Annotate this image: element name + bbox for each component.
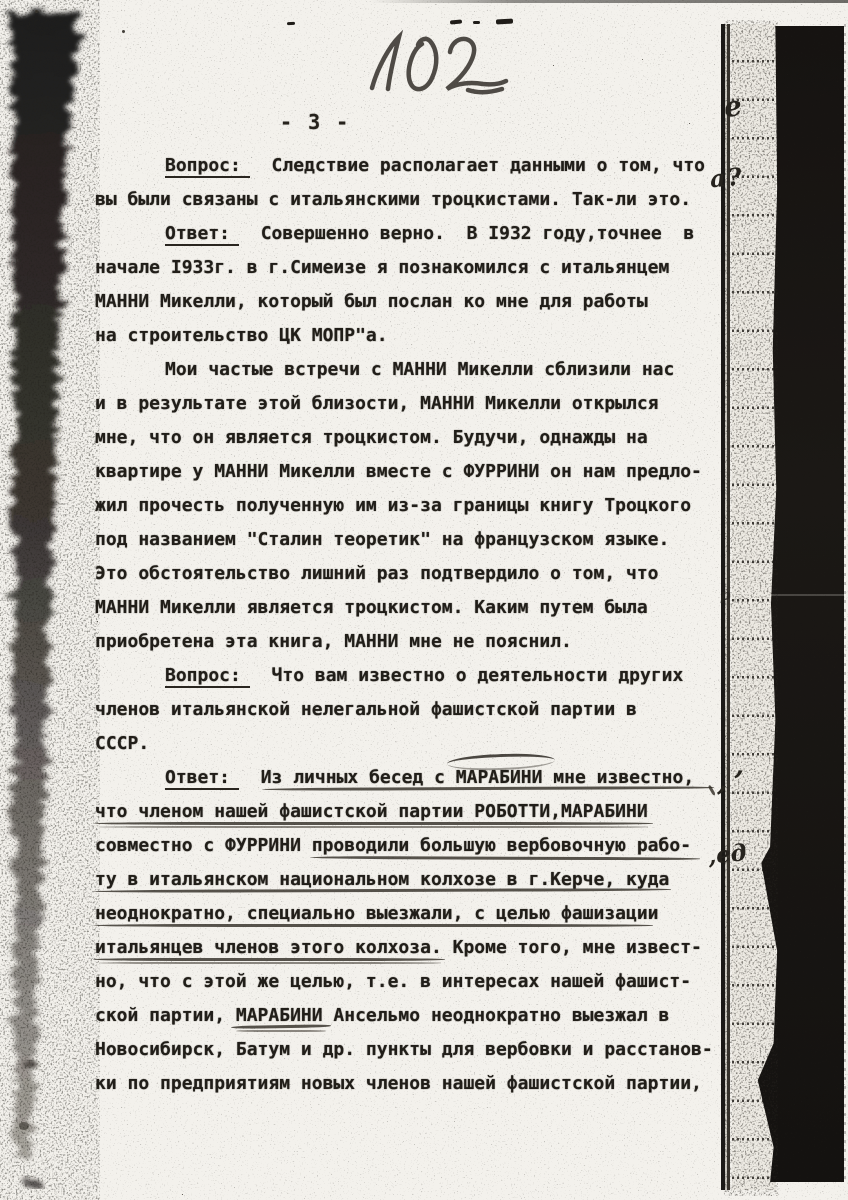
line-text: ту в итальянском национальном колхозе в … xyxy=(95,869,669,890)
pen-underline xyxy=(93,958,445,961)
line-text: итальянцев членов этого колхоза. Кроме т… xyxy=(95,937,702,958)
text-line: Вопрос: Следствие располагает данными о … xyxy=(95,149,740,183)
answer-label: Ответ: xyxy=(165,767,239,790)
pen-underline xyxy=(236,1030,326,1032)
line-text: совместно с ФУРРИНИ проводили большую ве… xyxy=(95,835,691,856)
margin-note: ,’ xyxy=(717,763,750,799)
line-text: что членом нашей фашистской партии РОБОТ… xyxy=(95,801,648,822)
question-label: Вопрос: xyxy=(165,155,250,178)
line-text: Совершенно верно. В I932 году,точнее в xyxy=(239,223,694,244)
pen-underline xyxy=(93,822,653,825)
line-text: Что вам известно о деятельности других xyxy=(250,665,683,686)
margin-note: а? xyxy=(709,162,745,194)
line-text: и в результате этой близости, МАННИ Мике… xyxy=(95,393,659,414)
pen-underline xyxy=(93,888,671,893)
text-line: квартире у МАННИ Микелли вместе с ФУРРИН… xyxy=(95,455,740,489)
text-line: что членом нашей фашистской партии РОБОТ… xyxy=(95,795,740,829)
text-line: итальянцев членов этого колхоза. Кроме т… xyxy=(95,931,740,965)
adjacent-page-ruled-edge xyxy=(732,24,776,1190)
page-edge-line xyxy=(721,24,732,1190)
text-line: МАННИ Микелли, который был послан ко мне… xyxy=(95,285,740,319)
pen-underline xyxy=(99,962,441,964)
line-text: под названием "Сталин теоретик" на франц… xyxy=(95,529,669,550)
text-line: совместно с ФУРРИНИ проводили большую ве… xyxy=(95,829,740,863)
line-text: МАННИ Микелли, который был послан ко мне… xyxy=(95,291,648,312)
scan-crack-line xyxy=(770,594,848,596)
text-line: Мои частые встречи с МАННИ Микелли сблиз… xyxy=(95,353,740,387)
text-line: Ответ: Совершенно верно. В I932 году,точ… xyxy=(95,217,740,251)
margin-note: ,ед xyxy=(707,839,748,870)
line-text: ки по предприятиям новых членов нашей фа… xyxy=(95,1073,702,1094)
text-line: ки по предприятиям новых членов нашей фа… xyxy=(95,1067,740,1101)
text-line: но, что с этой же целью, т.е. в интереса… xyxy=(95,965,740,999)
text-line: вы были связаны с итальянскими троцкиста… xyxy=(95,183,740,217)
typed-text-block: Вопрос: Следствие располагает данными о … xyxy=(95,149,740,1101)
text-line: членов итальянской нелегальной фашистско… xyxy=(95,693,740,727)
text-line: ту в итальянском национальном колхозе в … xyxy=(95,863,740,897)
scan-edge-dots xyxy=(844,24,846,1184)
handwritten-number xyxy=(352,26,542,98)
text-line: мне, что он является троцкистом. Будучи,… xyxy=(95,421,740,455)
text-line: начале I933г. в г.Симеизе я познакомился… xyxy=(95,251,740,285)
artifact-mark xyxy=(287,22,295,26)
line-text: ской партии, МАРАБИНИ Ансельмо неоднокра… xyxy=(95,1005,669,1026)
question-label: Вопрос: xyxy=(165,665,250,688)
pen-underline xyxy=(262,786,714,791)
text-line: на строительство ЦК МОПР"а. xyxy=(95,319,740,353)
left-binding-shadow xyxy=(0,0,140,1200)
artifact-mark xyxy=(450,19,462,24)
text-line: СССР. xyxy=(95,727,740,761)
text-line: неоднократно, специально выезжали, с цел… xyxy=(95,897,740,931)
margin-note: р xyxy=(720,586,731,604)
text-line: и в результате этой близости, МАННИ Мике… xyxy=(95,387,740,421)
artifact-mark xyxy=(473,21,480,24)
line-text: Из личных бесед с МАРАБИНИ мне известно, xyxy=(239,767,694,788)
text-line: МАННИ Микелли является троцкистом. Каким… xyxy=(95,591,740,625)
text-line: Вопрос: Что вам известно о деятельности … xyxy=(95,659,740,693)
pen-underline xyxy=(93,924,653,927)
line-text: начале I933г. в г.Симеизе я познакомился… xyxy=(95,257,669,278)
line-text: квартире у МАННИ Микелли вместе с ФУРРИН… xyxy=(95,461,702,482)
answer-label: Ответ: xyxy=(165,223,239,246)
line-text: Следствие располагает данными о том, что xyxy=(250,155,705,176)
text-line: Новосибирск, Батум и др. пункты для верб… xyxy=(95,1033,740,1067)
pen-underline xyxy=(310,856,700,860)
line-text: мне, что он является троцкистом. Будучи,… xyxy=(95,427,648,448)
text-line: приобретена эта книга, МАННИ мне не пояс… xyxy=(95,625,740,659)
line-text: приобретена эта книга, МАННИ мне не пояс… xyxy=(95,631,572,652)
artifact-mark xyxy=(496,19,513,25)
line-text: членов итальянской нелегальной фашистско… xyxy=(95,699,637,720)
line-text: Новосибирск, Батум и др. пункты для верб… xyxy=(95,1039,713,1060)
dust-specks xyxy=(0,0,3,3)
pen-underline xyxy=(98,826,648,828)
line-text: МАННИ Микелли является троцкистом. Каким… xyxy=(95,597,648,618)
line-text: вы были связаны с итальянскими троцкиста… xyxy=(95,189,691,210)
text-line: под названием "Сталин теоретик" на франц… xyxy=(95,523,740,557)
line-text: но, что с этой же целью, т.е. в интереса… xyxy=(95,971,691,992)
scan-top-edge-line xyxy=(370,0,848,3)
text-line: Ответ: Из личных бесед с МАРАБИНИ мне из… xyxy=(95,761,740,795)
line-text: неоднократно, специально выезжали, с цел… xyxy=(95,903,659,924)
page-number: - 3 - xyxy=(280,110,350,134)
scanned-document-page: - 3 - Вопрос: Следствие располагает данн… xyxy=(0,0,848,1200)
pen-underline xyxy=(231,1024,331,1029)
text-line: ской партии, МАРАБИНИ Ансельмо неоднокра… xyxy=(95,999,740,1033)
text-line: Это обстоятельство лишний раз подтвердил… xyxy=(95,557,740,591)
line-text: Это обстоятельство лишний раз подтвердил… xyxy=(95,563,659,584)
line-text: Мои частые встречи с МАННИ Микелли сблиз… xyxy=(165,359,674,380)
line-text: жил прочесть полученную им из-за границы… xyxy=(95,495,691,516)
text-line: жил прочесть полученную им из-за границы… xyxy=(95,489,740,523)
